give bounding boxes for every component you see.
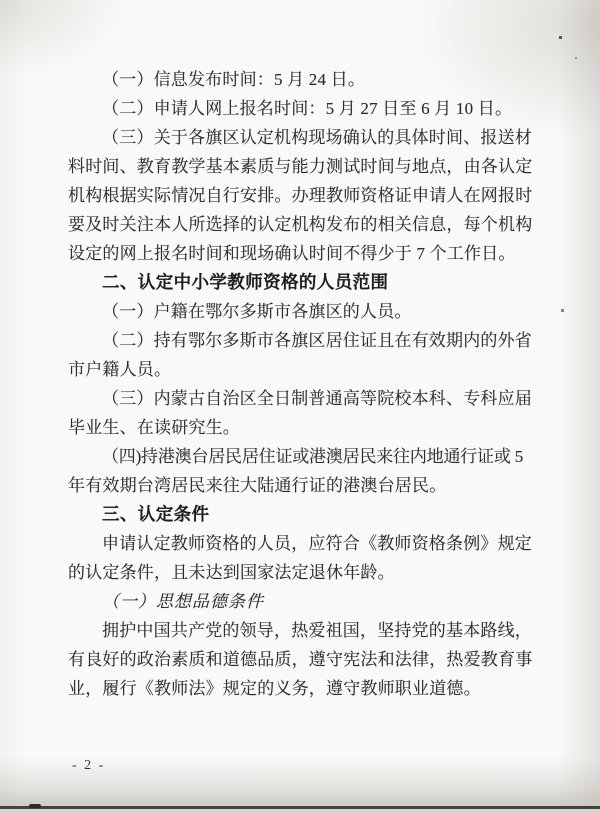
doc-line: （四)持港澳台居民居住证或港澳居民来往内地通行证或 5: [68, 442, 538, 471]
page-number: - 2 -: [72, 758, 105, 774]
doc-line: （三）关于各旗区认定机构现场确认的具体时间、报送材: [68, 123, 538, 152]
doc-line: （二）申请人网上报名时间：5 月 27 日至 6 月 10 日。: [68, 94, 538, 123]
doc-line: 三、认定条件: [68, 500, 538, 529]
doc-line: 年有效期台湾居民来往大陆通行证的港澳台居民。: [68, 471, 538, 500]
doc-line: 市户籍人员。: [68, 355, 538, 384]
doc-line: 毕业生、在读研究生。: [68, 413, 538, 442]
doc-line: （一）户籍在鄂尔多斯市各旗区的人员。: [68, 297, 538, 326]
doc-line: 二、认定中小学教师资格的人员范围: [68, 268, 538, 297]
scan-bottom-margin: [0, 809, 600, 813]
scan-bottom-shadow: [0, 792, 600, 806]
doc-line: 业，履行《教师法》规定的义务，遵守教师职业道德。: [68, 674, 538, 703]
doc-line: 申请认定教师资格的人员，应符合《教师资格条例》规定: [68, 529, 538, 558]
scanned-document-page: { "colors": { "paper": "#faf9f7", "ink":…: [0, 0, 600, 813]
doc-line: （二）持有鄂尔多斯市各旗区居住证且在有效期内的外省: [68, 326, 538, 355]
doc-line: （三）内蒙古自治区全日制普通高等院校本科、专科应届: [68, 384, 538, 413]
doc-line: 的认定条件，且未达到国家法定退休年龄。: [68, 558, 538, 587]
doc-line: 料时间、教育教学基本素质与能力测试时间与地点，由各认定: [68, 152, 538, 181]
scan-speck: [561, 309, 564, 312]
doc-line: （一）思想品德条件: [68, 587, 538, 616]
scan-speck: [575, 57, 577, 59]
doc-line: （一）信息发布时间：5 月 24 日。: [68, 65, 538, 94]
scan-corner-mark: [29, 804, 41, 808]
doc-line: 拥护中国共产党的领导，热爱祖国，坚持党的基本路线，: [68, 616, 538, 645]
doc-line: 有良好的政治素质和道德品质，遵守宪法和法律，热爱教育事: [68, 645, 538, 674]
doc-line: 机构根据实际情况自行安排。办理教师资格证申请人在网报时: [68, 181, 538, 210]
document-body: （一）信息发布时间：5 月 24 日。（二）申请人网上报名时间：5 月 27 日…: [68, 65, 538, 703]
doc-line: 设定的网上报名时间和现场确认时间不得少于 7 个工作日。: [68, 239, 538, 268]
scan-speck: [559, 36, 562, 39]
doc-line: 要及时关注本人所选择的认定机构发布的相关信息，每个机构: [68, 210, 538, 239]
